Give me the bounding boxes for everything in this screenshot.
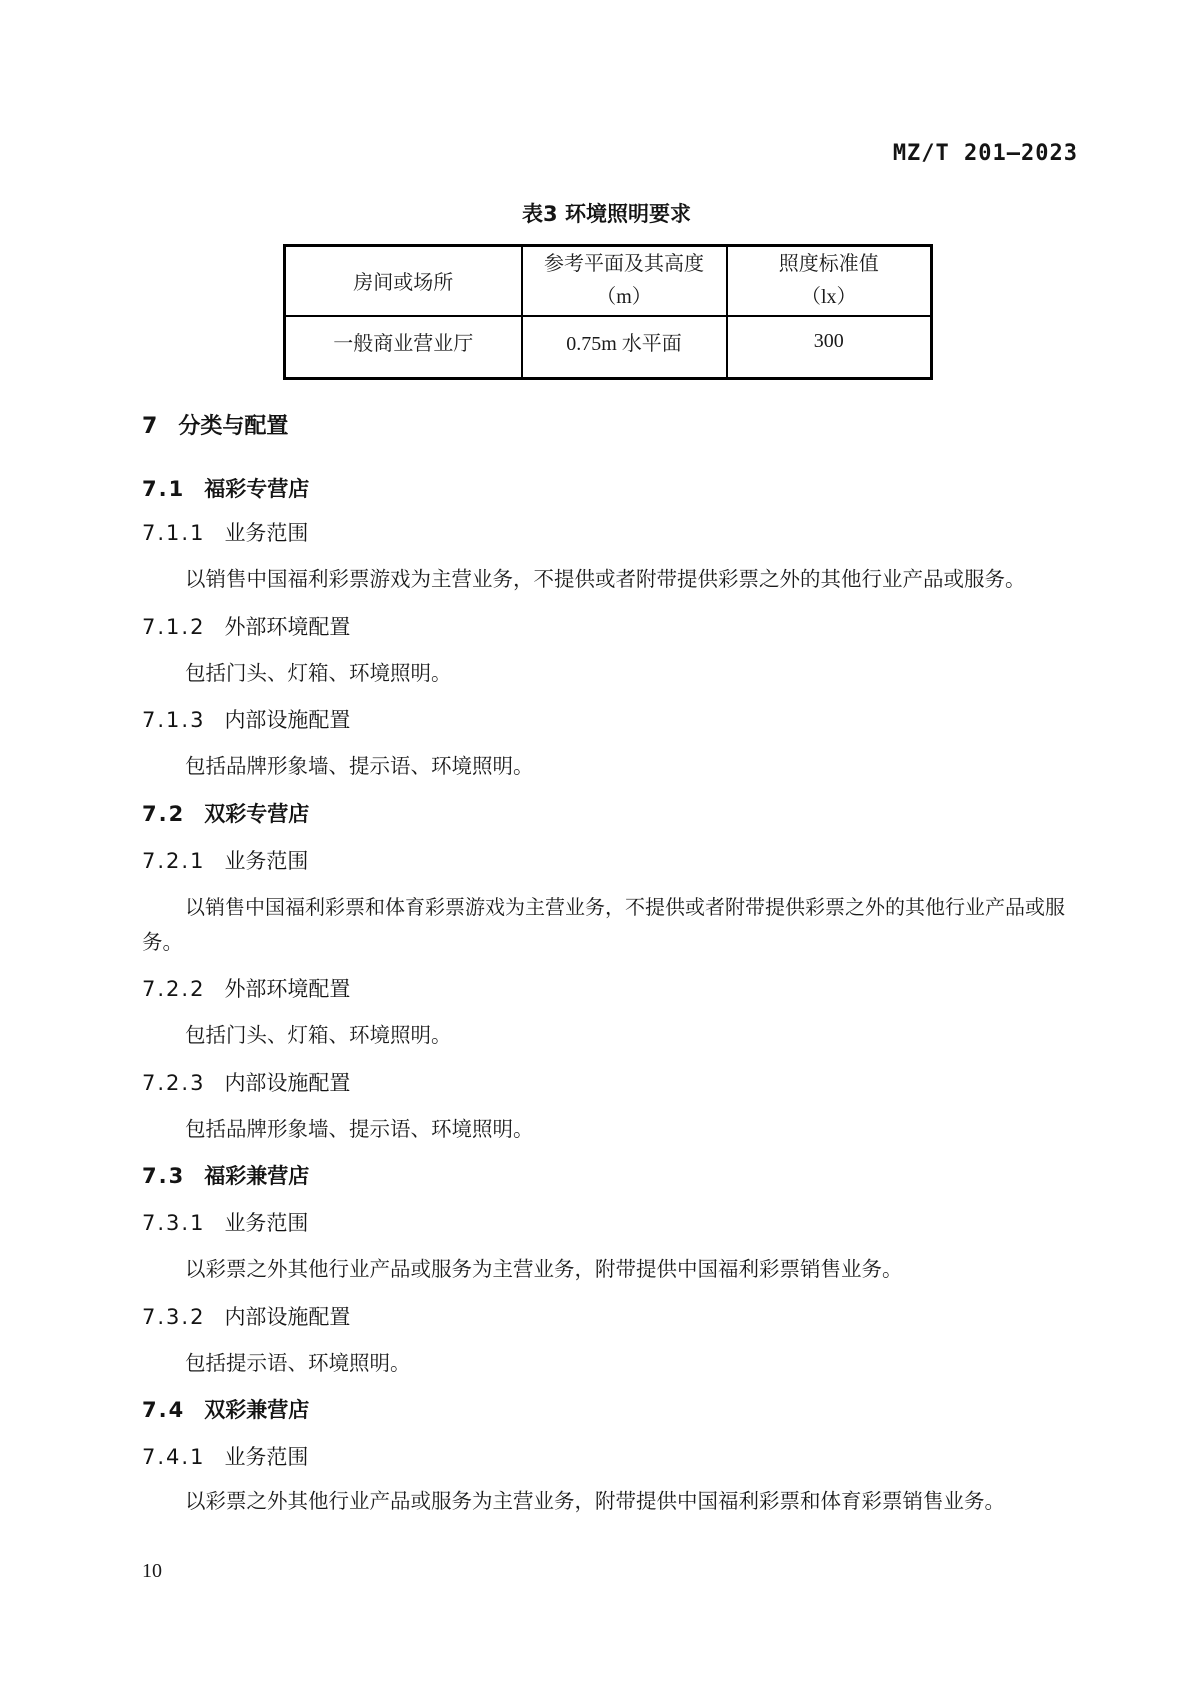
section-number: 7.2.3 <box>142 1071 205 1095</box>
document-code-header: MZ/T 201—2023 <box>893 141 1078 166</box>
table-caption: 表3 环境照明要求 <box>283 198 930 228</box>
section-number: 7.2.2 <box>142 977 205 1001</box>
illumination-requirements-table: 房间或场所 参考平面及其高度 （m） 照度标准值 （lx） 一般商业营业厅 0.… <box>283 244 933 380</box>
document-page: MZ/T 201—2023 表3 环境照明要求 房间或场所 参考平面及其高度 （… <box>0 0 1190 1683</box>
cell-room-value: 一般商业营业厅 <box>285 316 522 379</box>
section-number: 7.2 <box>142 802 185 826</box>
section-number: 7.2.1 <box>142 849 205 873</box>
section-title: 外部环境配置 <box>224 977 350 1001</box>
header-reference-plane-unit: （m） <box>523 285 726 309</box>
header-reference-plane: 参考平面及其高度 （m） <box>522 246 727 316</box>
section-number: 7.4.1 <box>142 1445 205 1469</box>
section-heading-7-2-2: 7.2.2外部环境配置 <box>142 976 350 1002</box>
section-title: 福彩专营店 <box>204 477 309 501</box>
section-heading-7-4-1: 7.4.1业务范围 <box>142 1444 308 1470</box>
section-title: 分类与配置 <box>178 414 288 439</box>
header-room-or-place: 房间或场所 <box>285 246 522 316</box>
table-header-row: 房间或场所 参考平面及其高度 （m） 照度标准值 （lx） <box>285 246 932 316</box>
paragraph-7-2-2: 包括门头、灯箱、环境照明。 <box>185 1023 452 1049</box>
page-number: 10 <box>142 1560 162 1583</box>
section-number: 7.1.2 <box>142 615 205 639</box>
paragraph-7-4-1: 以彩票之外其他行业产品或服务为主营业务，附带提供中国福利彩票和体育彩票销售业务。 <box>185 1489 1005 1515</box>
section-number: 7.1.3 <box>142 708 205 732</box>
paragraph-7-2-3: 包括品牌形象墙、提示语、环境照明。 <box>185 1117 534 1143</box>
section-title: 福彩兼营店 <box>204 1164 309 1188</box>
section-heading-7-1-2: 7.1.2外部环境配置 <box>142 614 350 640</box>
cell-plane-value: 0.75m 水平面 <box>522 316 727 379</box>
section-number: 7 <box>142 414 159 439</box>
section-title: 内部设施配置 <box>224 1071 350 1095</box>
section-heading-7-3-2: 7.3.2内部设施配置 <box>142 1304 350 1330</box>
section-heading-7-4: 7.4双彩兼营店 <box>142 1397 309 1423</box>
header-illuminance-standard-label: 照度标准值 <box>728 252 931 276</box>
section-heading-7-3: 7.3福彩兼营店 <box>142 1163 309 1189</box>
header-illuminance-standard: 照度标准值 （lx） <box>727 246 932 316</box>
section-heading-7-1-3: 7.1.3内部设施配置 <box>142 707 350 733</box>
paragraph-7-1-1: 以销售中国福利彩票游戏为主营业务，不提供或者附带提供彩票之外的其他行业产品或服务… <box>185 567 1026 593</box>
cell-illuminance-value: 300 <box>727 316 932 379</box>
section-title: 外部环境配置 <box>224 615 350 639</box>
section-number: 7.1 <box>142 477 185 501</box>
paragraph-7-1-3: 包括品牌形象墙、提示语、环境照明。 <box>185 754 534 780</box>
section-heading-7-2-1: 7.2.1业务范围 <box>142 848 308 874</box>
section-heading-7-2: 7.2双彩专营店 <box>142 801 309 827</box>
table-row: 一般商业营业厅 0.75m 水平面 300 <box>285 316 932 379</box>
header-illuminance-standard-unit: （lx） <box>728 285 931 309</box>
section-title: 业务范围 <box>224 1445 308 1469</box>
section-number: 7.3.1 <box>142 1211 205 1235</box>
section-title: 业务范围 <box>224 849 308 873</box>
section-title: 内部设施配置 <box>224 1305 350 1329</box>
section-title: 业务范围 <box>224 521 308 545</box>
paragraph-7-3-1: 以彩票之外其他行业产品或服务为主营业务，附带提供中国福利彩票销售业务。 <box>185 1257 903 1283</box>
section-heading-7-2-3: 7.2.3内部设施配置 <box>142 1070 350 1096</box>
header-room-or-place-label: 房间或场所 <box>353 272 453 294</box>
section-number: 7.3 <box>142 1164 185 1188</box>
section-title: 双彩兼营店 <box>204 1398 309 1422</box>
paragraph-7-1-2: 包括门头、灯箱、环境照明。 <box>185 661 452 687</box>
section-title: 业务范围 <box>224 1211 308 1235</box>
section-heading-7-1-1: 7.1.1业务范围 <box>142 520 308 546</box>
paragraph-7-2-1-line1: 以销售中国福利彩票和体育彩票游戏为主营业务，不提供或者附带提供彩票之外的其他行业… <box>185 895 1065 921</box>
section-title: 双彩专营店 <box>204 802 309 826</box>
section-title: 内部设施配置 <box>224 708 350 732</box>
section-number: 7.1.1 <box>142 521 205 545</box>
section-heading-7: 7分类与配置 <box>142 414 288 440</box>
header-reference-plane-label: 参考平面及其高度 <box>523 252 726 276</box>
section-heading-7-3-1: 7.3.1业务范围 <box>142 1210 308 1236</box>
section-number: 7.4 <box>142 1398 185 1422</box>
section-number: 7.3.2 <box>142 1305 205 1329</box>
paragraph-7-2-1-line2: 务。 <box>142 930 183 956</box>
paragraph-7-3-2: 包括提示语、环境照明。 <box>185 1351 411 1377</box>
section-heading-7-1: 7.1福彩专营店 <box>142 476 309 502</box>
